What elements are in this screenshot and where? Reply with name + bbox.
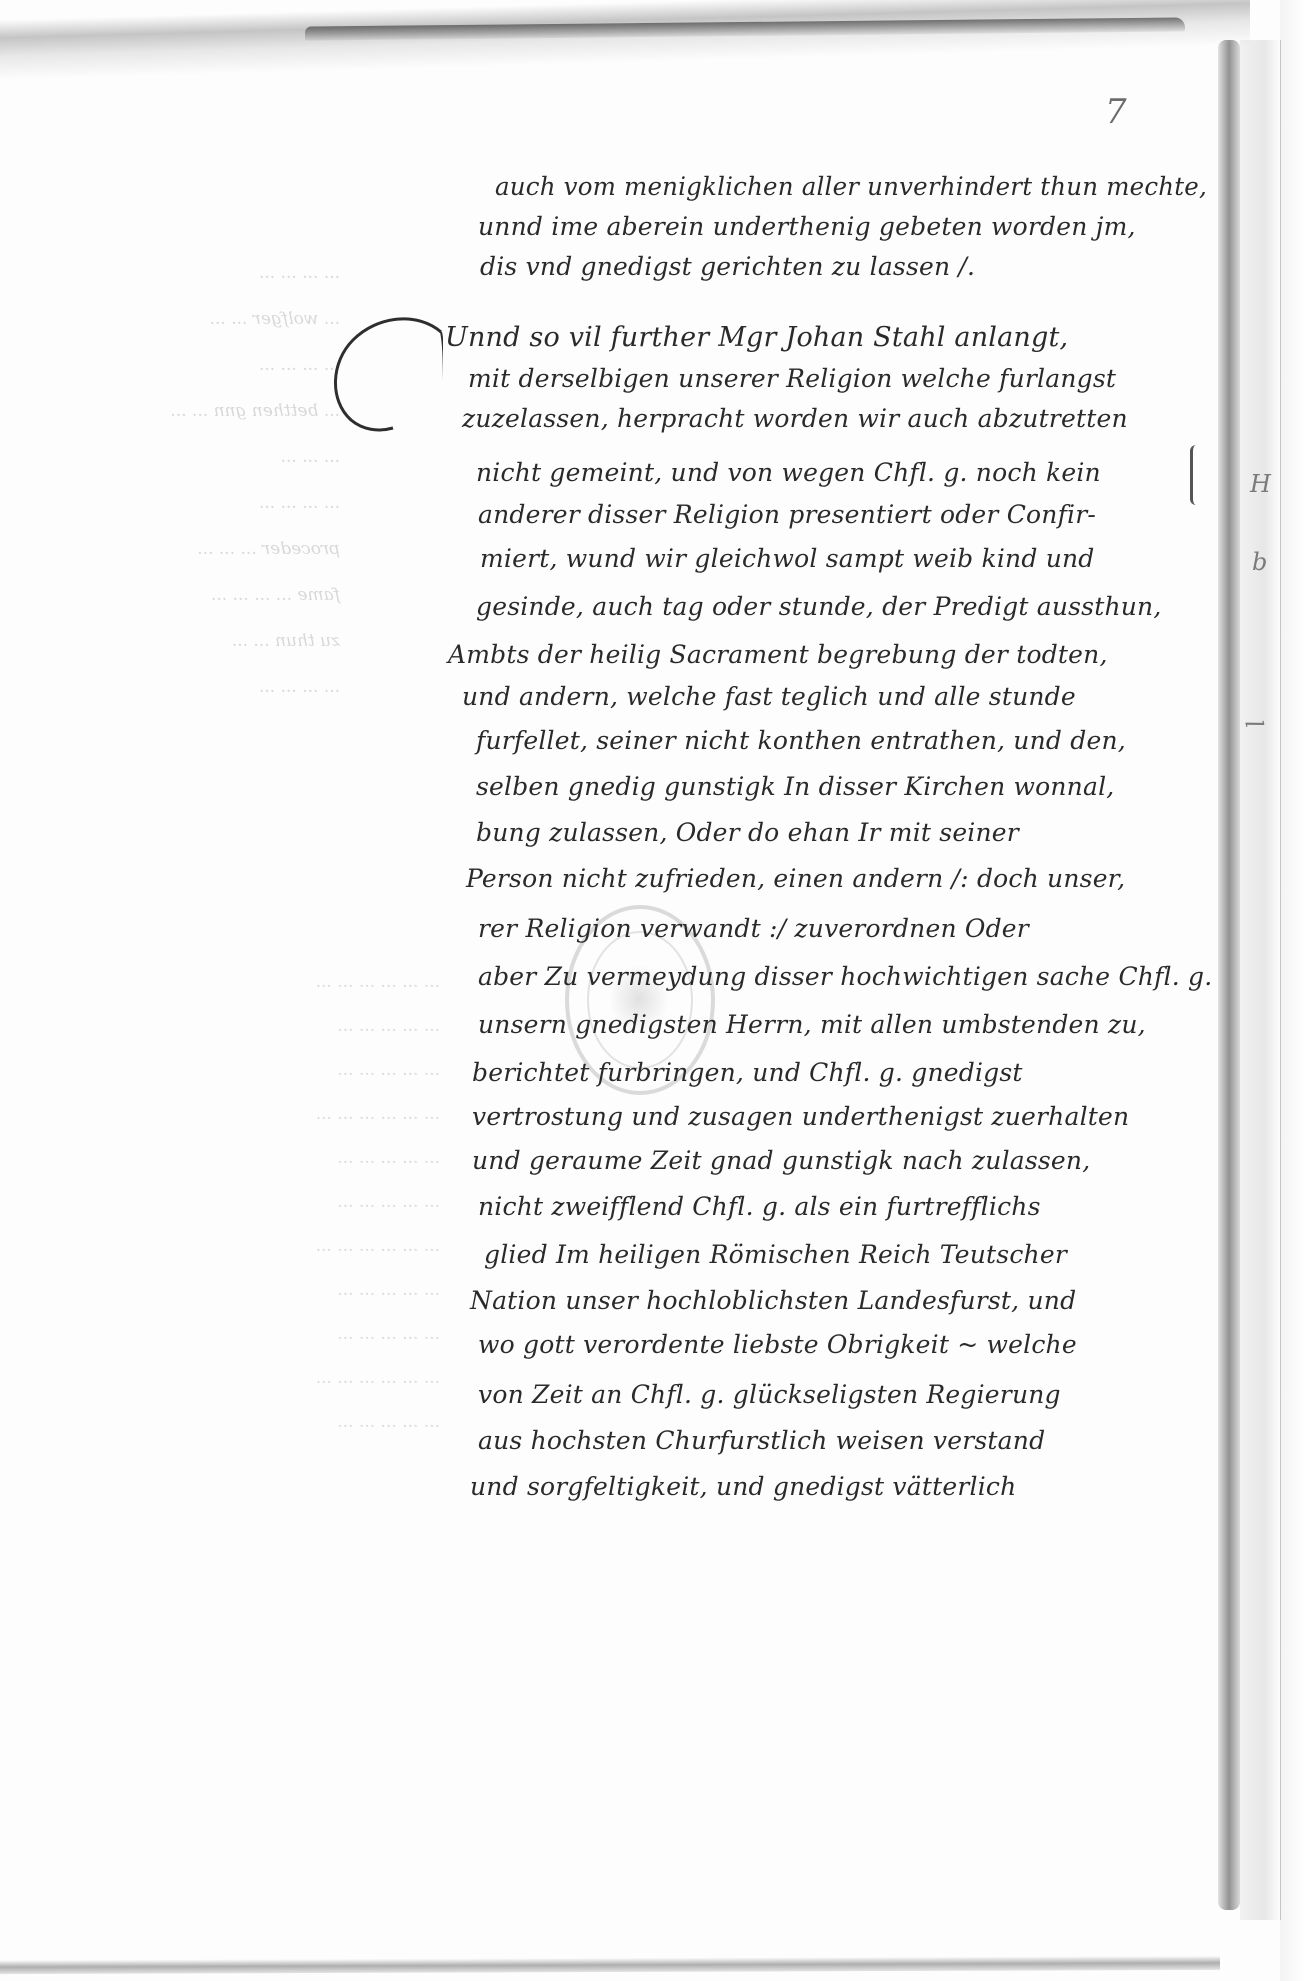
text-line: furfellet, seiner nicht konthen entrathe… bbox=[476, 726, 1126, 755]
text-line: gesinde, auch tag oder stunde, der Predi… bbox=[476, 592, 1162, 621]
text-line: miert, wund wir gleichwol sampt weib kin… bbox=[480, 544, 1095, 573]
text-line: Person nicht zufrieden, einen andern /: … bbox=[466, 864, 1125, 893]
text-line: berichtet furbringen, und Chfl. g. gnedi… bbox=[472, 1058, 1023, 1087]
text-line: wo gott verordente liebste Obrigkeit ~ w… bbox=[478, 1330, 1077, 1359]
text-line: auch vom menigklichen aller unverhindert… bbox=[495, 172, 1207, 201]
text-line: von Zeit an Chfl. g. glückseligsten Regi… bbox=[478, 1380, 1061, 1409]
manuscript-scan: 7 ... ... ... ... ... wolfger ... ... ..… bbox=[0, 0, 1306, 1981]
text-line: aber Zu vermeydung disser hochwichtigen … bbox=[478, 962, 1212, 991]
text-line: anderer disser Religion presentiert oder… bbox=[478, 500, 1096, 529]
text-line: rer Religion verwandt :/ zuverordnen Ode… bbox=[478, 914, 1029, 943]
text-line: dis vnd gnedigst gerichten zu lassen /. bbox=[480, 252, 975, 281]
text-line: Nation unser hochloblichsten Landesfurst… bbox=[470, 1286, 1076, 1315]
text-line: und andern, welche fast teglich und alle… bbox=[462, 682, 1076, 711]
text-line: glied Im heiligen Römischen Reich Teutsc… bbox=[484, 1240, 1067, 1269]
text-line: nicht zweifflend Chfl. g. als ein furtre… bbox=[478, 1192, 1041, 1221]
text-line: Unnd so vil further Mgr Johan Stahl anla… bbox=[445, 322, 1068, 353]
text-line: und sorgfeltigkeit, und gnedigst vätterl… bbox=[470, 1472, 1016, 1501]
text-line: und geraume Zeit gnad gunstigk nach zula… bbox=[472, 1146, 1090, 1175]
text-line: vertrostung und zusagen underthenigst zu… bbox=[472, 1102, 1129, 1131]
text-line: selben gnedig gunstigk In disser Kirchen… bbox=[476, 772, 1114, 801]
manuscript-text: auch vom menigklichen aller unverhindert… bbox=[0, 0, 1306, 1981]
text-line: bung zulassen, Oder do ehan Ir mit seine… bbox=[476, 818, 1019, 847]
text-line: aus hochsten Churfurstlich weisen versta… bbox=[478, 1426, 1045, 1455]
text-line: nicht gemeint, und von wegen Chfl. g. no… bbox=[476, 458, 1101, 487]
text-line: unnd ime aberein underthenig gebeten wor… bbox=[478, 212, 1136, 241]
text-line: Ambts der heilig Sacrament begrebung der… bbox=[448, 640, 1108, 669]
text-line: mit derselbigen unserer Religion welche … bbox=[468, 364, 1116, 393]
text-line: unsern gnedigsten Herrn, mit allen umbst… bbox=[478, 1010, 1146, 1039]
text-line: zuzelassen, herpracht worden wir auch ab… bbox=[462, 404, 1128, 433]
